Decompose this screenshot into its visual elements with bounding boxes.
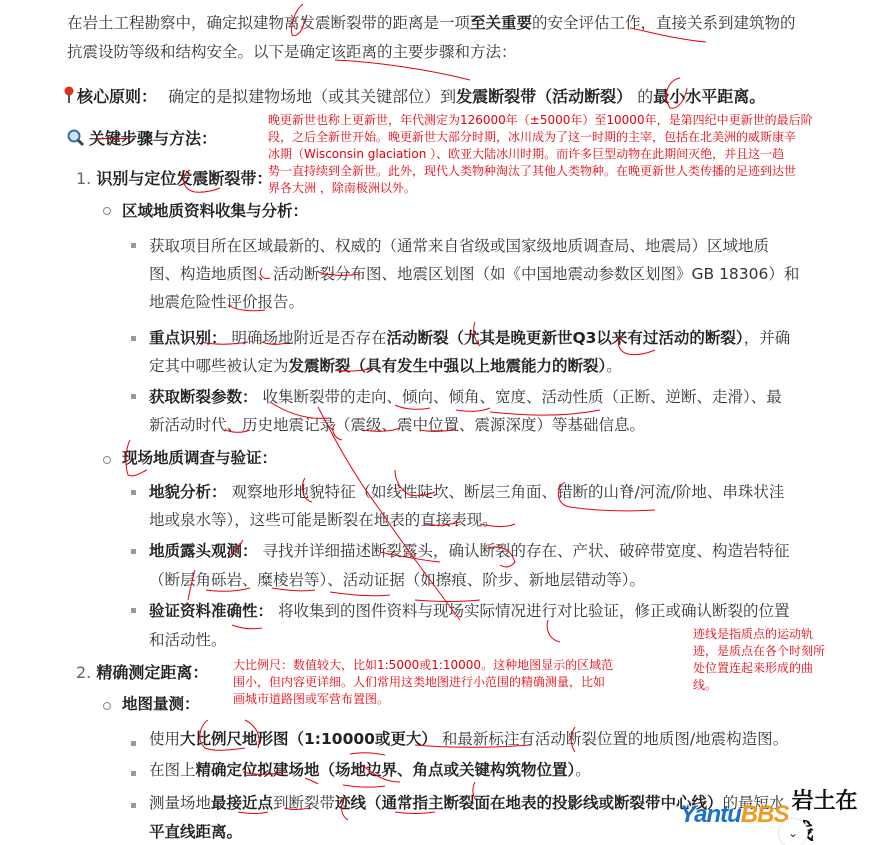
key-steps-label: 关键步骤与方法： [89, 129, 217, 148]
circle-bullet [103, 456, 111, 464]
item-line: 和活动性。 [149, 630, 227, 650]
annotation-large-scale: 大比例尺：数值较大，比如1:5000或1:10000。这种地图显示的区域范 围小… [233, 657, 613, 708]
annotation-line: 大比例尺：数值较大，比如1:5000或1:10000。这种地图显示的区域范 [233, 657, 613, 674]
square-bullet [131, 771, 136, 776]
watermark-latin: Yantu [680, 801, 741, 829]
circle-bullet [103, 207, 111, 215]
annotation-line: 段，之后全新世开始。晚更新世大部分时期，冰川成为了这一时期的主宰，包括在北美洲的… [268, 129, 813, 146]
annotation-line: 围小，但内容更详细。人们常用这类地图进行小范围的精确测量，比如 [233, 674, 613, 691]
key-steps-heading: 关键步骤与方法： [67, 126, 217, 149]
item-text: 将收集到的图件资料与现场实际情况进行对比验证，修正或确认断裂的位置 [278, 602, 790, 620]
item-line: 地貌分析： 观察地形地貌特征（如线性陡坎、断层三角面、错断的山脊/河流/阶地、串… [149, 482, 784, 502]
annotation-line: 处位置连起来形成的曲 [693, 660, 825, 677]
step-number: 1. [76, 169, 91, 188]
square-bullet [131, 394, 136, 399]
core-principle-bold: 最小水平距离。 [653, 87, 765, 106]
item-bold: 活动断裂（尤其是晚更新世Q3以来有过活动的断裂） [386, 329, 743, 347]
core-principle-text: 确定的是拟建物场地（或其关键部位）到 [168, 87, 456, 106]
annotation-line: 界各大洲 ，除南极洲以外。 [268, 180, 813, 197]
item-bold: 发震断裂（具有发生中强以上地震能力的断裂） [289, 357, 607, 375]
intro-line-1: 在岩土工程勘察中，确定拟建物离发震断裂带的距离是一项至关重要的安全评估工作，直接… [67, 13, 796, 33]
annotation-line: 迹线是指质点的运动轨 [693, 626, 825, 643]
annotation-line: 势一直持续到全新世。此外，现代人类物种淘汰了其他人类物种。在晚更新世人类传播的足… [268, 163, 813, 180]
square-bullet [131, 490, 136, 495]
step-title: 精确测定距离： [96, 663, 208, 682]
square-bullet [131, 549, 136, 554]
item-label: 地貌分析： [149, 483, 227, 501]
step-number: 2. [76, 663, 91, 682]
item-text: 使用 [149, 730, 180, 748]
step-1-title: 1. 识别与定位发震断裂带： [76, 169, 272, 189]
annotation-line: 晚更新世也称上更新世，年代测定为126000年（±5000年）至10000年，是… [268, 112, 813, 129]
item-text: 。 [606, 357, 622, 375]
item-line: 重点识别： 明确场地附近是否存在活动断裂（尤其是晚更新世Q3以来有过活动的断裂）… [149, 328, 790, 348]
square-bullet [131, 336, 136, 341]
item-line: 地质露头观测： 寻找并详细描述断裂露头，确认断裂的存在、产状、破碎带宽度、构造岩… [149, 541, 789, 561]
square-bullet [131, 608, 136, 613]
intro-text: 的安全评估工作，直接关系到建筑物的 [532, 14, 796, 32]
subsection-title: 地图量测： [122, 694, 200, 714]
scroll-down-button[interactable]: ⌄ [778, 818, 808, 845]
step-2-title: 2. 精确测定距离： [76, 663, 208, 683]
item-label: 地质露头观测： [149, 542, 258, 560]
item-line: 地震危险性评价报告。 [149, 292, 304, 312]
square-bullet [131, 741, 136, 746]
item-line: 验证资料准确性： 将收集到的图件资料与现场实际情况进行对比验证，修正或确认断裂的… [149, 601, 789, 621]
item-line: （断层角砾岩、糜棱岩等）、活动证据（如擦痕、阶步、新地层错动等）。 [149, 570, 645, 590]
annotation-line: 画城市道路图或军营布置图。 [233, 691, 613, 708]
item-line: 定其中哪些被认定为发震断裂（具有发生中强以上地震能力的断裂）。 [149, 356, 622, 376]
item-line: 图、构造地质图、活动断裂分布图、地震区划图（如《中国地震动参数区划图》GB 18… [149, 264, 799, 284]
intro-line-2: 抗震设防等级和结构安全。以下是确定该距离的主要步骤和方法： [67, 42, 517, 62]
core-principle-text: 的 [637, 87, 653, 106]
magnifier-icon [67, 129, 89, 152]
item-line: 获取项目所在区域最新的、权威的（通常来自省级或国家级地质调查局、地震局）区域地质 [149, 236, 769, 256]
item-line: 获取断裂参数： 收集断裂带的走向、倾向、倾角、宽度、活动性质（正断、逆断、走滑）… [149, 387, 782, 407]
chevron-down-icon: ⌄ [788, 826, 798, 840]
square-bullet [131, 243, 136, 248]
item-text: ，并确 [744, 329, 791, 347]
intro-bold: 至关重要 [470, 14, 532, 32]
item-line: 在图上精确定位拟建场地（场地边界、角点或关键构筑物位置）。 [149, 760, 591, 780]
item-line: 地或泉水等），这些可能是断裂在地表的直接表现。 [149, 510, 498, 530]
item-line: 平直线距离。 [149, 822, 242, 842]
item-line: 新活动时代、历史地震记录（震级、震中位置、震源深度）等基础信息。 [149, 415, 645, 435]
item-label: 验证资料准确性： [149, 602, 273, 620]
subsection-title: 现场地质调查与验证： [122, 448, 277, 468]
core-principle-bold: 发震断裂带（活动断裂） [456, 87, 632, 106]
core-principle: 核心原则： 确定的是拟建物场地（或其关键部位）到发震断裂带（活动断裂） 的最小水… [63, 84, 765, 107]
item-text: 到断裂带 [273, 794, 335, 812]
subsection-title: 区域地质资料收集与分析： [122, 201, 308, 221]
item-text: 收集断裂带的走向、倾向、倾角、宽度、活动性质（正断、逆断、走滑）、最 [262, 388, 781, 406]
annotation-line: 线。 [693, 677, 825, 694]
item-label: 获取断裂参数： [149, 388, 258, 406]
item-bold: 精确定位拟建场地（场地边界、角点或关键构筑物位置） [196, 761, 576, 779]
item-text: 观察地形地貌特征（如线性陡坎、断层三角面、错断的山脊/河流/阶地、串珠状洼 [231, 483, 784, 501]
item-label: 重点识别： [149, 329, 227, 347]
square-bullet [131, 803, 136, 808]
step-title: 识别与定位发震断裂带： [96, 169, 272, 188]
item-text: 。 [575, 761, 591, 779]
item-text: 定其中哪些被认定为 [149, 357, 289, 375]
item-text: 寻找并详细描述断裂露头，确认断裂的存在、产状、破碎带宽度、构造岩特征 [262, 542, 789, 560]
item-text: 和最新标注有活动断裂位置的地质图/地震构造图。 [442, 730, 788, 748]
item-text: 测量场地 [149, 794, 211, 812]
core-principle-label: 核心原则： [77, 87, 157, 106]
item-text: 在图上 [149, 761, 196, 779]
annotation-line: 冰期（Wisconsin glaciation ）、欧亚大陆冰川时期。而许多巨型… [268, 146, 813, 163]
item-bold: 迹线（通常指主断裂面在地表的投影线或断裂带中心线） [335, 794, 723, 812]
item-bold: 最接近点 [211, 794, 273, 812]
yantu-bbs-watermark: YantuBBS岩土在线 [680, 800, 875, 830]
item-bold: 大比例尺地形图（1:10000或更大） [180, 730, 437, 748]
circle-bullet [103, 702, 111, 710]
item-line: 使用大比例尺地形图（1:10000或更大） 和最新标注有活动断裂位置的地质图/地… [149, 729, 788, 749]
item-text: 明确场地附近是否存在 [231, 329, 386, 347]
intro-text: 在岩土工程勘察中，确定拟建物离发震断裂带的距离是一项 [67, 14, 470, 32]
pin-icon [63, 86, 77, 109]
annotation-late-pleistocene: 晚更新世也称上更新世，年代测定为126000年（±5000年）至10000年，是… [268, 112, 813, 197]
annotation-line: 迹，是质点在各个时刻所 [693, 643, 825, 660]
annotation-trace-line: 迹线是指质点的运动轨 迹，是质点在各个时刻所 处位置连起来形成的曲 线。 [693, 626, 825, 694]
